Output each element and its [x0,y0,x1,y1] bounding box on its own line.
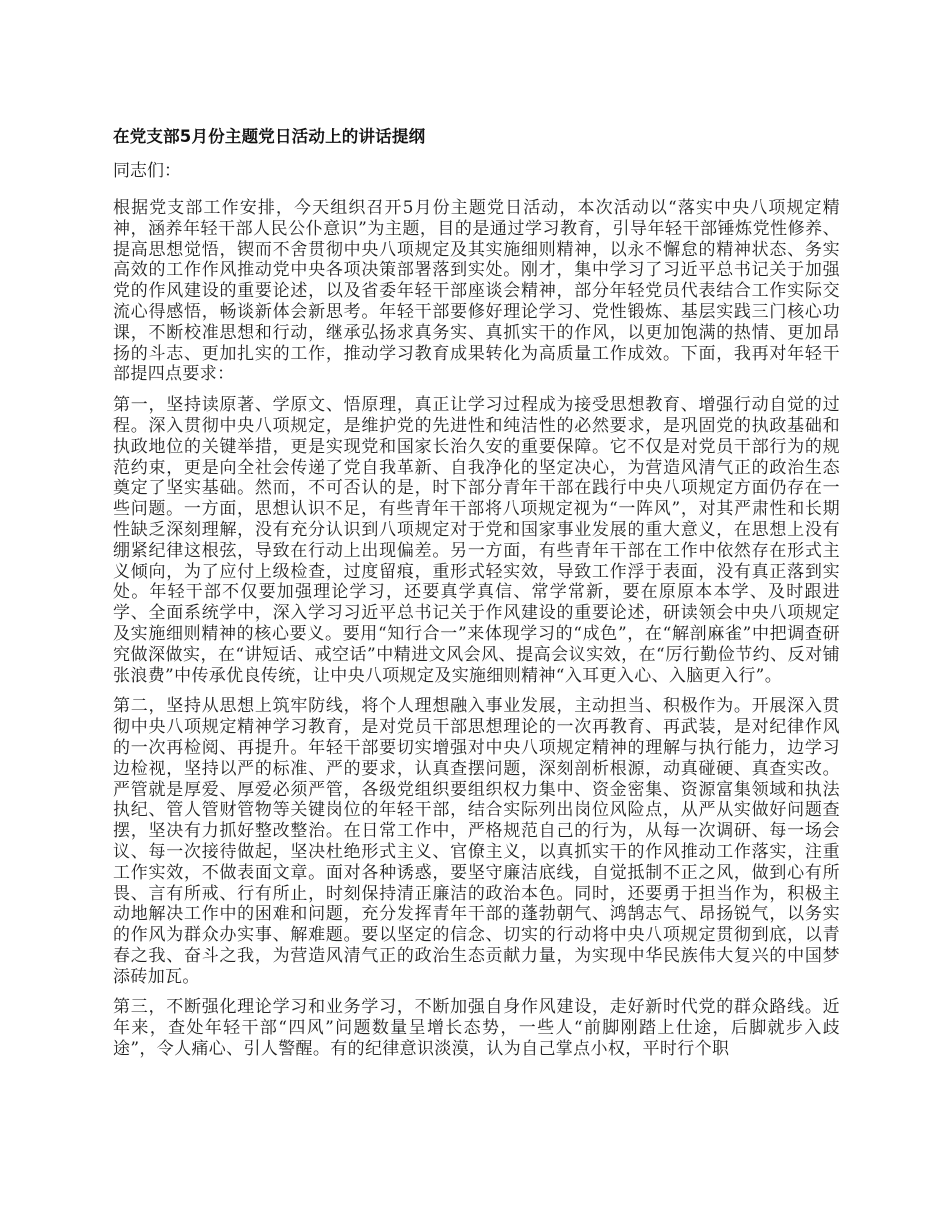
paragraph-intro: 根据党支部工作安排，今天组织召开5月份主题党日活动，本次活动以“落实中央八项规定… [113,198,840,385]
document-page: 在党支部5月份主题党日活动上的讲话提纲 同志们： 根据党支部工作安排，今天组织召… [113,126,840,1070]
paragraph-point-two: 第二，坚持从思想上筑牢防线，将个人理想融入事业发展，主动担当、积极作为。开展深入… [113,696,840,987]
salutation: 同志们： [113,161,840,182]
paragraph-point-one: 第一，坚持读原著、学原文、悟原理，真正让学习过程成为接受思想教育、增强行动自觉的… [113,395,840,686]
paragraph-point-three: 第三，不断强化理论学习和业务学习，不断加强自身作风建设，走好新时代党的群众路线。… [113,997,840,1059]
document-title: 在党支部5月份主题党日活动上的讲话提纲 [113,126,840,148]
